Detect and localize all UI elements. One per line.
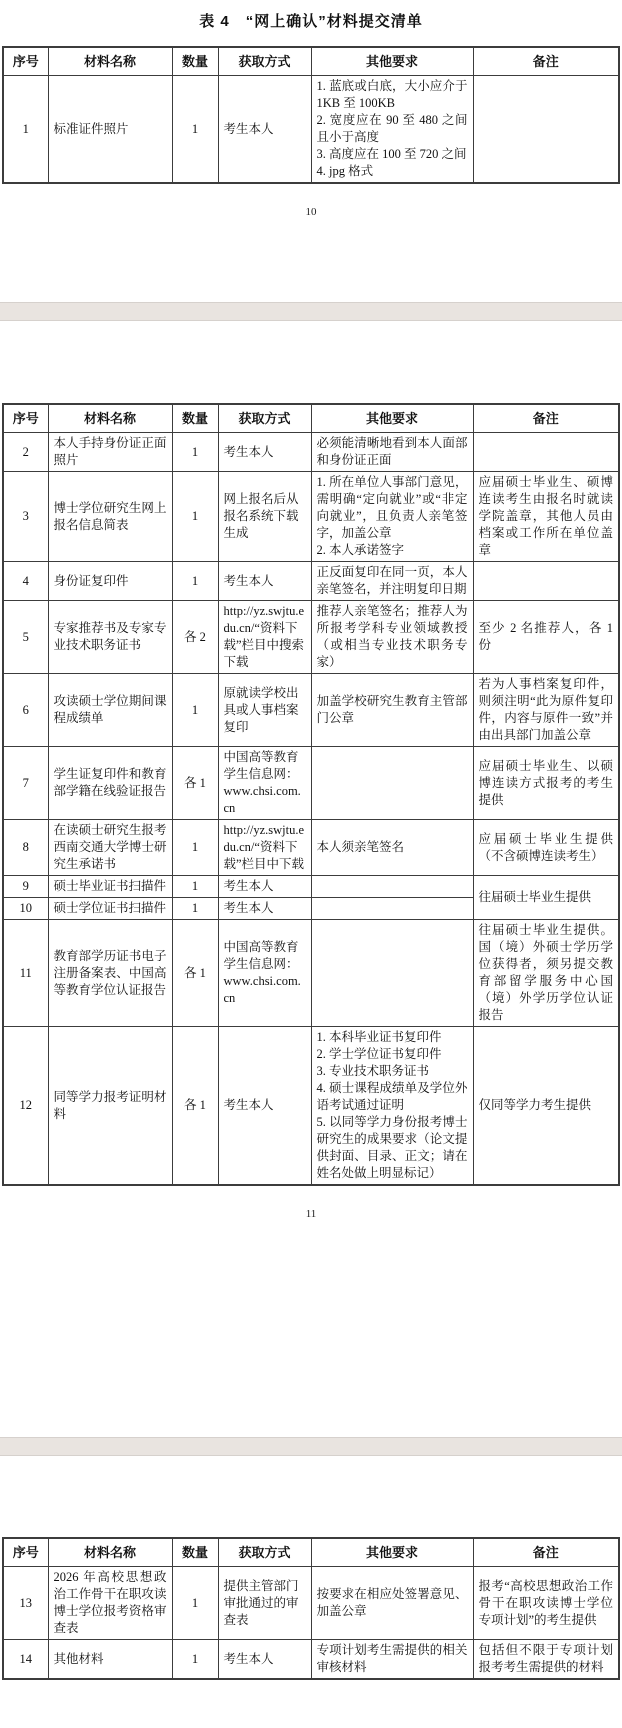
cell-no: 9 — [3, 876, 48, 898]
material-row: 9硕士毕业证书扫描件1考生本人往届硕士毕业生提供 — [3, 876, 619, 898]
cell-remark — [473, 562, 619, 601]
cell-name: 硕士学位证书扫描件 — [48, 898, 172, 920]
cell-qty: 1 — [172, 876, 218, 898]
cell-qty: 各 1 — [172, 1027, 218, 1186]
cell-method: 考生本人 — [218, 76, 311, 184]
column-header: 数量 — [172, 1538, 218, 1567]
material-row: 12同等学力报考证明材料各 1考生本人1. 本科毕业证书复印件 2. 学士学位证… — [3, 1027, 619, 1186]
cell-no: 1 — [3, 76, 48, 184]
header-row: 序号材料名称数量获取方式其他要求备注 — [3, 47, 619, 76]
table-body: 132026 年高校思想政治工作骨干在职攻读博士学位报考资格审查表1提供主管部门… — [3, 1567, 619, 1680]
column-header: 序号 — [3, 47, 48, 76]
column-header: 材料名称 — [48, 1538, 172, 1567]
cell-method: 考生本人 — [218, 433, 311, 472]
cell-no: 7 — [3, 747, 48, 820]
cell-name: 教育部学历证书电子注册备案表、中国高等教育学位认证报告 — [48, 920, 172, 1027]
cell-method: 中国高等教育学生信息网： www.chsi.com.cn — [218, 920, 311, 1027]
materials-table-page-10: 序号材料名称数量获取方式其他要求备注 1标准证件照片1考生本人1. 蓝底或白底，… — [2, 46, 620, 184]
cell-method: 考生本人 — [218, 898, 311, 920]
cell-requirements: 正反面复印在同一页，本人亲笔签名，并注明复印日期 — [311, 562, 473, 601]
column-header: 其他要求 — [311, 47, 473, 76]
cell-name: 攻读硕士学位期间课程成绩单 — [48, 674, 172, 747]
cell-remark: 若为人事档案复印件，则须注明“此为原件复印件，内容与原件一致”并由出具部门加盖公… — [473, 674, 619, 747]
cell-requirements — [311, 747, 473, 820]
cell-method: 网上报名后从报名系统下载生成 — [218, 472, 311, 562]
cell-qty: 1 — [172, 76, 218, 184]
cell-qty: 1 — [172, 898, 218, 920]
page-number: 10 — [0, 206, 622, 218]
table-body: 1标准证件照片1考生本人1. 蓝底或白底，大小应介于 1KB 至 100KB 2… — [3, 76, 619, 184]
cell-name: 标准证件照片 — [48, 76, 172, 184]
cell-qty: 各 2 — [172, 601, 218, 674]
cell-requirements: 按要求在相应处签署意见、加盖公章 — [311, 1567, 473, 1640]
cell-name: 在读硕士研究生报考西南交通大学博士研究生承诺书 — [48, 820, 172, 876]
cell-qty: 1 — [172, 472, 218, 562]
cell-requirements — [311, 876, 473, 898]
cell-remark: 应届硕士毕业生、以硕博连读方式报考的考生提供 — [473, 747, 619, 820]
cell-method: 原就读学校出具或人事档案复印 — [218, 674, 311, 747]
cell-qty: 1 — [172, 562, 218, 601]
cell-requirements — [311, 920, 473, 1027]
document-page-11: 序号材料名称数量获取方式其他要求备注 2本人手持身份证正面照片1考生本人必须能清… — [0, 321, 622, 1437]
cell-no: 6 — [3, 674, 48, 747]
material-row: 5专家推荐书及专家专业技术职务证书各 2http://yz.swjtu.edu.… — [3, 601, 619, 674]
page-separator — [0, 302, 622, 321]
table-header: 序号材料名称数量获取方式其他要求备注 — [3, 404, 619, 433]
cell-remark: 报考“高校思想政治工作骨干在职攻读博士学位专项计划”的考生提供 — [473, 1567, 619, 1640]
column-header: 数量 — [172, 404, 218, 433]
document-page-10: 表 4 “网上确认”材料提交清单 序号材料名称数量获取方式其他要求备注 1标准证… — [0, 0, 622, 302]
column-header: 备注 — [473, 404, 619, 433]
column-header: 获取方式 — [218, 47, 311, 76]
cell-method: 考生本人 — [218, 562, 311, 601]
document-title: 表 4 “网上确认”材料提交清单 — [0, 10, 622, 31]
cell-method: http://yz.swjtu.edu.cn/“资料下载”栏目中下载 — [218, 820, 311, 876]
cell-name: 硕士毕业证书扫描件 — [48, 876, 172, 898]
table-header: 序号材料名称数量获取方式其他要求备注 — [3, 1538, 619, 1567]
column-header: 备注 — [473, 1538, 619, 1567]
cell-remark: 包括但不限于专项计划报考考生需提供的材料 — [473, 1640, 619, 1680]
column-header: 获取方式 — [218, 404, 311, 433]
cell-method: http://yz.swjtu.edu.cn/“资料下载”栏目中搜索下载 — [218, 601, 311, 674]
cell-requirements: 专项计划考生需提供的相关审核材料 — [311, 1640, 473, 1680]
table-body: 2本人手持身份证正面照片1考生本人必须能清晰地看到本人面部和身份证正面3博士学位… — [3, 433, 619, 1186]
cell-method: 中国高等教育学生信息网： www.chsi.com.cn — [218, 747, 311, 820]
cell-requirements: 1. 本科毕业证书复印件 2. 学士学位证书复印件 3. 专业技术职务证书 4.… — [311, 1027, 473, 1186]
cell-requirements: 加盖学校研究生教育主管部门公章 — [311, 674, 473, 747]
cell-remark: 应届硕士毕业生提供（不含硕博连读考生） — [473, 820, 619, 876]
cell-name: 专家推荐书及专家专业技术职务证书 — [48, 601, 172, 674]
cell-name: 2026 年高校思想政治工作骨干在职攻读博士学位报考资格审查表 — [48, 1567, 172, 1640]
document-page-12: 序号材料名称数量获取方式其他要求备注 132026 年高校思想政治工作骨干在职攻… — [0, 1456, 622, 1728]
cell-no: 2 — [3, 433, 48, 472]
document-viewport: 表 4 “网上确认”材料提交清单 序号材料名称数量获取方式其他要求备注 1标准证… — [0, 0, 622, 1728]
column-header: 其他要求 — [311, 404, 473, 433]
cell-name: 本人手持身份证正面照片 — [48, 433, 172, 472]
cell-requirements: 1. 蓝底或白底，大小应介于 1KB 至 100KB 2. 宽度应在 90 至 … — [311, 76, 473, 184]
cell-no: 5 — [3, 601, 48, 674]
material-row: 2本人手持身份证正面照片1考生本人必须能清晰地看到本人面部和身份证正面 — [3, 433, 619, 472]
material-row: 132026 年高校思想政治工作骨干在职攻读博士学位报考资格审查表1提供主管部门… — [3, 1567, 619, 1640]
cell-method: 考生本人 — [218, 1640, 311, 1680]
header-row: 序号材料名称数量获取方式其他要求备注 — [3, 1538, 619, 1567]
cell-remark: 应届硕士毕业生、硕博连读考生由报名时就读学院盖章，其他人员由档案或工作所在单位盖… — [473, 472, 619, 562]
cell-qty: 1 — [172, 1640, 218, 1680]
material-row: 7学生证复印件和教育部学籍在线验证报告各 1中国高等教育学生信息网： www.c… — [3, 747, 619, 820]
material-row: 1标准证件照片1考生本人1. 蓝底或白底，大小应介于 1KB 至 100KB 2… — [3, 76, 619, 184]
cell-name: 同等学力报考证明材料 — [48, 1027, 172, 1186]
cell-no: 14 — [3, 1640, 48, 1680]
column-header: 序号 — [3, 404, 48, 433]
header-row: 序号材料名称数量获取方式其他要求备注 — [3, 404, 619, 433]
cell-remark — [473, 76, 619, 184]
cell-remark: 至少 2 名推荐人，各 1 份 — [473, 601, 619, 674]
material-row: 14其他材料1考生本人专项计划考生需提供的相关审核材料包括但不限于专项计划报考考… — [3, 1640, 619, 1680]
column-header: 备注 — [473, 47, 619, 76]
column-header: 数量 — [172, 47, 218, 76]
cell-method: 考生本人 — [218, 876, 311, 898]
cell-method: 提供主管部门审批通过的审查表 — [218, 1567, 311, 1640]
cell-no: 11 — [3, 920, 48, 1027]
cell-remark — [473, 433, 619, 472]
cell-qty: 1 — [172, 674, 218, 747]
cell-no: 13 — [3, 1567, 48, 1640]
cell-name: 身份证复印件 — [48, 562, 172, 601]
material-row: 11教育部学历证书电子注册备案表、中国高等教育学位认证报告各 1中国高等教育学生… — [3, 920, 619, 1027]
column-header: 序号 — [3, 1538, 48, 1567]
cell-no: 10 — [3, 898, 48, 920]
cell-name: 其他材料 — [48, 1640, 172, 1680]
cell-requirements — [311, 898, 473, 920]
materials-table-page-12: 序号材料名称数量获取方式其他要求备注 132026 年高校思想政治工作骨干在职攻… — [2, 1537, 620, 1680]
cell-remark: 仅同等学力考生提供 — [473, 1027, 619, 1186]
table-header: 序号材料名称数量获取方式其他要求备注 — [3, 47, 619, 76]
material-row: 8在读硕士研究生报考西南交通大学博士研究生承诺书1http://yz.swjtu… — [3, 820, 619, 876]
cell-qty: 1 — [172, 433, 218, 472]
material-row: 3博士学位研究生网上报名信息简表1网上报名后从报名系统下载生成1. 所在单位人事… — [3, 472, 619, 562]
cell-no: 12 — [3, 1027, 48, 1186]
page-separator — [0, 1437, 622, 1456]
cell-no: 8 — [3, 820, 48, 876]
column-header: 材料名称 — [48, 47, 172, 76]
page-number: 11 — [0, 1208, 622, 1220]
cell-name: 学生证复印件和教育部学籍在线验证报告 — [48, 747, 172, 820]
cell-remark: 往届硕士毕业生提供。国（境）外硕士学历学位获得者，须另提交教育部留学服务中心国（… — [473, 920, 619, 1027]
column-header: 材料名称 — [48, 404, 172, 433]
cell-qty: 各 1 — [172, 747, 218, 820]
cell-name: 博士学位研究生网上报名信息简表 — [48, 472, 172, 562]
materials-table-page-11: 序号材料名称数量获取方式其他要求备注 2本人手持身份证正面照片1考生本人必须能清… — [2, 403, 620, 1186]
cell-qty: 1 — [172, 820, 218, 876]
cell-requirements: 1. 所在单位人事部门意见，需明确“定向就业”或“非定向就业”，且负责人亲笔签字… — [311, 472, 473, 562]
cell-requirements: 本人须亲笔签名 — [311, 820, 473, 876]
cell-no: 4 — [3, 562, 48, 601]
material-row: 6攻读硕士学位期间课程成绩单1原就读学校出具或人事档案复印加盖学校研究生教育主管… — [3, 674, 619, 747]
cell-no: 3 — [3, 472, 48, 562]
cell-method: 考生本人 — [218, 1027, 311, 1186]
cell-qty: 1 — [172, 1567, 218, 1640]
material-row: 4身份证复印件1考生本人正反面复印在同一页，本人亲笔签名，并注明复印日期 — [3, 562, 619, 601]
cell-remark: 往届硕士毕业生提供 — [473, 876, 619, 920]
column-header: 其他要求 — [311, 1538, 473, 1567]
column-header: 获取方式 — [218, 1538, 311, 1567]
cell-requirements: 必须能清晰地看到本人面部和身份证正面 — [311, 433, 473, 472]
cell-qty: 各 1 — [172, 920, 218, 1027]
cell-requirements: 推荐人亲笔签名；推荐人为所报考学科专业领域教授（或相当专业技术职务专家） — [311, 601, 473, 674]
